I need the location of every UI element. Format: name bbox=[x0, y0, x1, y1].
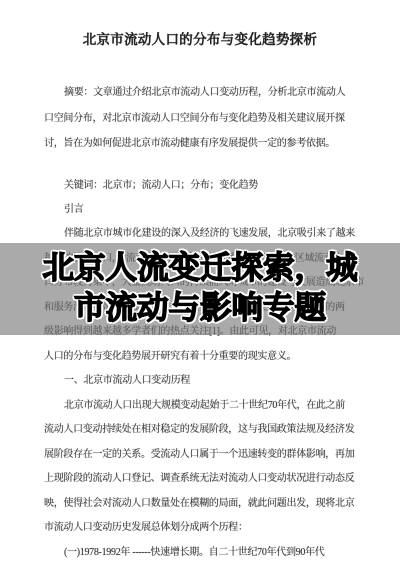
document-page: 北京市流动人口的分布与变化趋势探析 摘要：文章通过介绍北京市流动人口变动历程，分… bbox=[0, 0, 400, 585]
body-line: 北京市流动人口出现大规模变动起始于二十世纪70年代，在此之前 bbox=[44, 394, 360, 419]
body-line: 展阶段存在一定的关系。受流动人口属于一个迅速转变的群体影响，再加 bbox=[44, 443, 360, 468]
body-line: 市流动人口变动历史发展总体划分成两个历程： bbox=[44, 516, 360, 541]
headline-line-2: 市流动与影响专题 bbox=[0, 288, 400, 328]
body-line: 人口的分布与变化趋势展开研究有着十分重要的现实意义。 bbox=[44, 345, 360, 370]
body-line: 流动人口变动持续处在相对稳定的发展阶段，这与我国政策法规及经济发 bbox=[44, 418, 360, 443]
overlay-headline: 北京人流变迁探索，城 市流动与影响专题 bbox=[0, 248, 400, 328]
body-line: (一)1978-1992年 ------快速增长期。自二十世纪70年代到90年代 bbox=[44, 541, 360, 566]
body-line: 上现阶段的流动人口登记、调查系统无法对流动人口变动状况进行动态反 bbox=[44, 467, 360, 492]
body-line: 映，使得社会对流动人口数量处在模糊的局面，就此问题出发，现将北京 bbox=[44, 492, 360, 517]
page-title: 北京市流动人口的分布与变化趋势探析 bbox=[0, 30, 400, 50]
keywords-text: 关键词：北京市；流动人口；分布；变化趋势 bbox=[44, 174, 360, 199]
abstract-paragraph: 摘要：文章通过介绍北京市流动人口变动历程，分析北京市流动人 口空间分布，对北京市… bbox=[44, 80, 360, 157]
keywords-line: 关键词：北京市；流动人口；分布；变化趋势 bbox=[44, 174, 360, 199]
headline-line-1: 北京人流变迁探索，城 bbox=[0, 248, 400, 288]
abstract-line: 口空间分布，对北京市流动人口空间分布与变化趋势及相关建议展开探 bbox=[44, 106, 360, 132]
abstract-line: 摘要：文章通过介绍北京市流动人口变动历程，分析北京市流动人 bbox=[44, 80, 360, 106]
intro-heading: 引言 bbox=[44, 198, 360, 223]
intro-heading-text: 引言 bbox=[44, 198, 360, 223]
abstract-line: 讨，旨在为如何促进北京市流动健康有序发展提供一定的参考依据。 bbox=[44, 131, 360, 157]
section-heading: 一、北京市流动人口变动历程 bbox=[44, 369, 360, 394]
